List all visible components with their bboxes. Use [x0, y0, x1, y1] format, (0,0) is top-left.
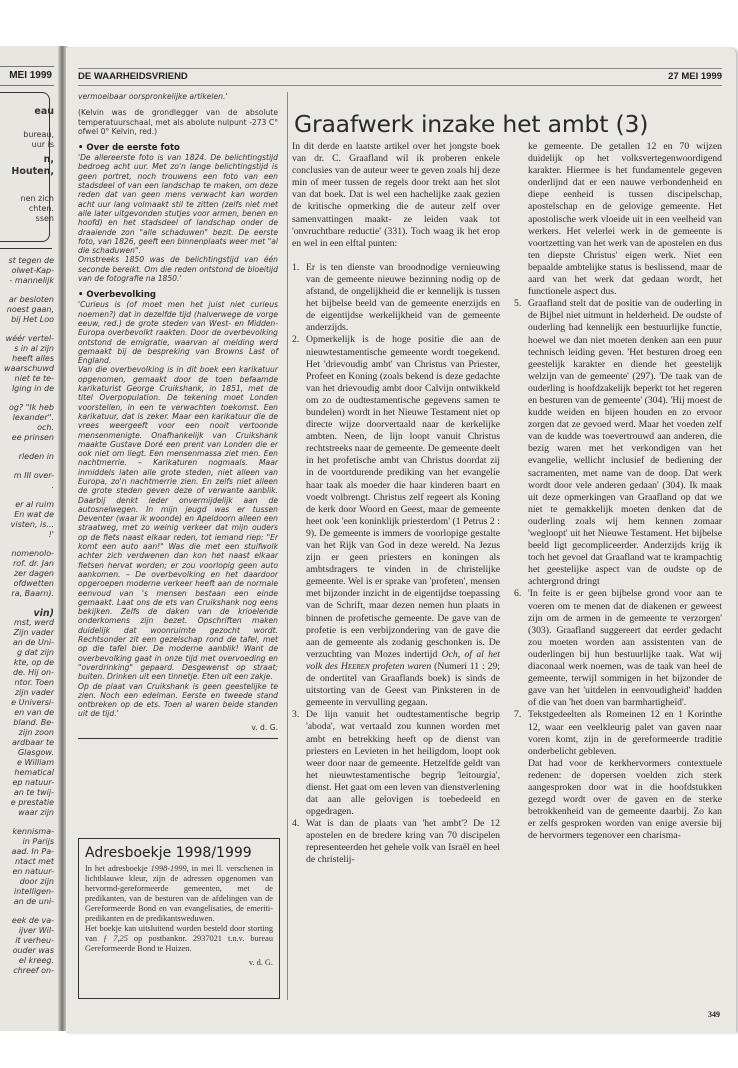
prev-fragment: in Parijs [23, 837, 54, 847]
quote-italic: profeten waren [370, 661, 432, 672]
prev-fragment: ouder was [13, 946, 54, 956]
prev-fragment: mst, werd [14, 618, 54, 628]
kelvin-note: (Kelvin was de grondlegger van de absolu… [78, 108, 278, 136]
prev-fragment: eau [34, 106, 54, 118]
prev-fragment: rleden in [19, 452, 54, 462]
prev-fragment: ssen [36, 214, 54, 224]
paragraph: Omstreeks 1850 was de belichtingstijd va… [78, 255, 278, 283]
point-text: Er is ten dienste van broodnodige vernie… [306, 262, 500, 333]
prev-fragment: s in al zijn [14, 344, 54, 354]
point: 4.Wat is dan de plaats van 'het ambt'? D… [292, 818, 500, 866]
prev-fragment: og? "Ik heb [9, 403, 54, 413]
prev-fragment: en van de [14, 708, 54, 718]
prev-fragment: ijver Wil- [19, 926, 54, 936]
prev-fragment: e Universi- [11, 698, 54, 708]
point: 1.Er is ten dienste van broodnodige vern… [292, 262, 500, 335]
prev-fragment: niet te te- [15, 374, 54, 384]
prev-fragment: ep natuur- [12, 778, 54, 788]
prev-fragment: Glasgow. [18, 748, 54, 758]
prev-fragment: e prestatie [11, 798, 54, 808]
running-head: DE WAARHEIDSVRIEND 27 MEI 1999 [78, 68, 722, 86]
point-number: 5. [514, 298, 521, 310]
signature: v. d. G. [85, 958, 273, 968]
prev-fragment: Houten, [11, 166, 54, 178]
text-italic: 1998-1999 [151, 864, 187, 873]
prev-fragment: olwet-Kap- [12, 266, 54, 276]
point: 5.Graafland stelt dat de positie van de … [514, 298, 722, 588]
point-continuation: ke gemeente. De getallen 12 en 70 wijzen… [514, 141, 722, 298]
prev-fragment: aad. In Pa- [11, 847, 54, 857]
prev-fragment: ar besloten [9, 295, 54, 305]
point-text: Dat had voor de kerkhervormers contextue… [528, 758, 722, 842]
prev-fragment: uur is [32, 140, 54, 150]
prev-fragment: kennisma- [12, 827, 54, 837]
prev-fragment: bureau, [23, 130, 54, 140]
point: 3.De lijn vanuit het oudtestamentische b… [292, 709, 500, 818]
prev-fragment: ntor. Toen [14, 678, 54, 688]
prev-fragment: an de uni- [14, 897, 54, 907]
point-number: 3. [292, 709, 299, 721]
point-text: Tekstgedeelten als Romeinen 12 en 1 Kori… [528, 709, 722, 756]
left-column: vermoeibaar oorspronkelijke artikelen.' … [78, 92, 278, 739]
prev-fragment: door zijn [20, 877, 54, 887]
prev-fragment: de. Hij on- [13, 668, 54, 678]
section-overbevolking: • Overbevolking 'Curieus is (of moet men… [78, 290, 278, 718]
prev-fragment: !' [49, 530, 54, 540]
quote-small-caps: Heeren [341, 661, 370, 672]
prev-fragment: nomenolo- [11, 549, 54, 559]
prev-fragment: eek de va- [12, 916, 54, 926]
prev-fragment: g dat zijn [17, 648, 54, 658]
box-paragraph: In het adresboekje 1998-1999, in mei ll.… [85, 864, 273, 924]
prev-fragment: bland. Be- [13, 718, 54, 728]
prev-fragment: ntact met [15, 857, 54, 867]
adresboekje-box: Adresboekje 1998/1999 In het adresboekje… [78, 838, 280, 999]
point-number: 4. [292, 818, 299, 830]
prev-fragment: intelligen- [14, 887, 54, 897]
article-title: Graafwerk inzake het ambt (3) [294, 110, 722, 138]
prev-fragment: lging in de [12, 384, 54, 394]
point: 2.Opmerkelijk is de hoge positie die aan… [292, 334, 500, 709]
prev-fragment: waar zijn [18, 808, 54, 818]
prev-fragment: och. [37, 423, 54, 433]
page-number: 349 [708, 1010, 720, 1019]
prev-fragment: . [51, 481, 54, 491]
paragraph: 'De allereerste foto is van 1824. De bel… [78, 153, 278, 255]
prev-fragment: en natuur- [12, 867, 54, 877]
point-text: Opmerkelijk is de hoge positie die aan d… [306, 334, 500, 659]
prev-fragment: chten. [29, 204, 54, 214]
point-number: 6. [514, 588, 521, 600]
prev-fragment: ardbaar te [12, 738, 54, 748]
previous-page-date: MEI 1999 [0, 66, 54, 86]
previous-page-edge: MEI 1999 eau bureau, uur is n, Houten, n… [0, 46, 60, 1031]
prev-fragment: hematical [14, 768, 54, 778]
signature: v. d. G. [78, 723, 278, 732]
column-divider [287, 92, 288, 1000]
prev-fragment: chreef on- [13, 966, 54, 976]
prev-fragment: nen zich [21, 194, 55, 204]
prev-fragment: lexander". [13, 413, 54, 423]
prev-fragment: e William [17, 758, 54, 768]
text: In het adresboekje [85, 864, 151, 873]
prev-fragment: En wat de [14, 510, 54, 520]
section-heading: • Over de eerste foto [78, 143, 278, 153]
paragraph: Op de plaat van Cruikshank is geen geest… [78, 682, 278, 719]
prev-fragment: - mannelijk [10, 276, 55, 286]
issue-date: 27 MEI 1999 [668, 69, 722, 85]
spacer [292, 250, 500, 262]
prev-fragment: visten, is... [11, 520, 54, 530]
prev-fragment: heeft alles [12, 354, 54, 364]
prev-fragment: wéér vertel- [6, 334, 54, 344]
point-number: 2. [292, 334, 299, 346]
prev-fragment: zijn vader [15, 688, 54, 698]
prev-fragment: kte, op de [14, 658, 54, 668]
point-number: 7. [514, 709, 521, 721]
prev-fragment: an te twij- [14, 788, 54, 798]
article-intro: In dit derde en laatste artikel over het… [292, 141, 500, 250]
prev-fragment: st tegen de [8, 256, 54, 266]
point-text: 'In feite is er geen bijbelse grond voor… [528, 588, 722, 708]
point-continuation: Dat had voor de kerkhervormers contextue… [514, 758, 722, 843]
column-rule [78, 738, 278, 739]
prev-fragment: an de Uni- [13, 638, 54, 648]
publication-name: DE WAARHEIDSVRIEND [78, 69, 188, 85]
point-text: Graafland stelt dat de positie van de ou… [528, 298, 722, 587]
point: 7.Tekstgedeelten als Romeinen 12 en 1 Ko… [514, 709, 722, 757]
paragraph: 'Curieus is (of moet men het juist niet … [78, 300, 278, 365]
quote-ending: vermoeibaar oorspronkelijke artikelen.' [78, 92, 278, 101]
prev-fragment: ee prinsen [12, 433, 54, 443]
prev-fragment: zijn zoon [19, 728, 54, 738]
text-italic: ƒ 7,25 [103, 934, 128, 943]
point-text: De lijn vanuit het oudtestamentische beg… [306, 709, 500, 817]
prev-fragment: bij Het Loo [11, 315, 54, 325]
article-column-2: ke gemeente. De getallen 12 en 70 wijzen… [514, 141, 722, 867]
article-column-1: In dit derde en laatste artikel over het… [292, 141, 500, 867]
paragraph: Van die overbevolking is in dit boek een… [78, 365, 278, 681]
prev-fragment: ra, Baarn). [11, 589, 54, 599]
point-number: 1. [292, 262, 299, 274]
prev-fragment: waarschuwd [4, 364, 54, 374]
prev-rule [0, 248, 52, 249]
page: DE WAARHEIDSVRIEND 27 MEI 1999 vermoeiba… [66, 48, 736, 1033]
points-list: 1.Er is ten dienste van broodnodige vern… [292, 262, 500, 867]
section-eerste-foto: • Over de eerste foto 'De allereerste fo… [78, 143, 278, 283]
article: Graafwerk inzake het ambt (3) In dit der… [292, 110, 722, 867]
prev-fragment: m III over- [14, 471, 54, 481]
prev-fragment: it verheu- [15, 936, 54, 946]
prev-fragment: n, [44, 154, 54, 166]
point: 6.'In feite is er geen bijbelse grond vo… [514, 588, 722, 709]
prev-fragment: rof. dr. Jan [13, 559, 54, 569]
section-heading: • Overbevolking [78, 290, 278, 300]
prev-fragment: ofdwetten [13, 579, 54, 589]
article-columns: In dit derde en laatste artikel over het… [292, 141, 722, 867]
point-text: ke gemeente. De getallen 12 en 70 wijzen… [528, 141, 722, 297]
point-text: Wat is dan de plaats van 'het ambt'? De … [306, 818, 500, 865]
prev-fragment: Zijn vader [14, 628, 54, 638]
prev-fragment: noest gaan, [7, 305, 54, 315]
prev-fragment: zer dagen [14, 569, 54, 579]
box-paragraph: Het boekje kan uitsluitend worden bestel… [85, 924, 273, 954]
prev-fragment: el kreeg. [19, 956, 54, 966]
prev-fragment: er al ruim [15, 500, 54, 510]
points-list-continued: ke gemeente. De getallen 12 en 70 wijzen… [514, 141, 722, 842]
box-title: Adresboekje 1998/1999 [85, 845, 273, 862]
